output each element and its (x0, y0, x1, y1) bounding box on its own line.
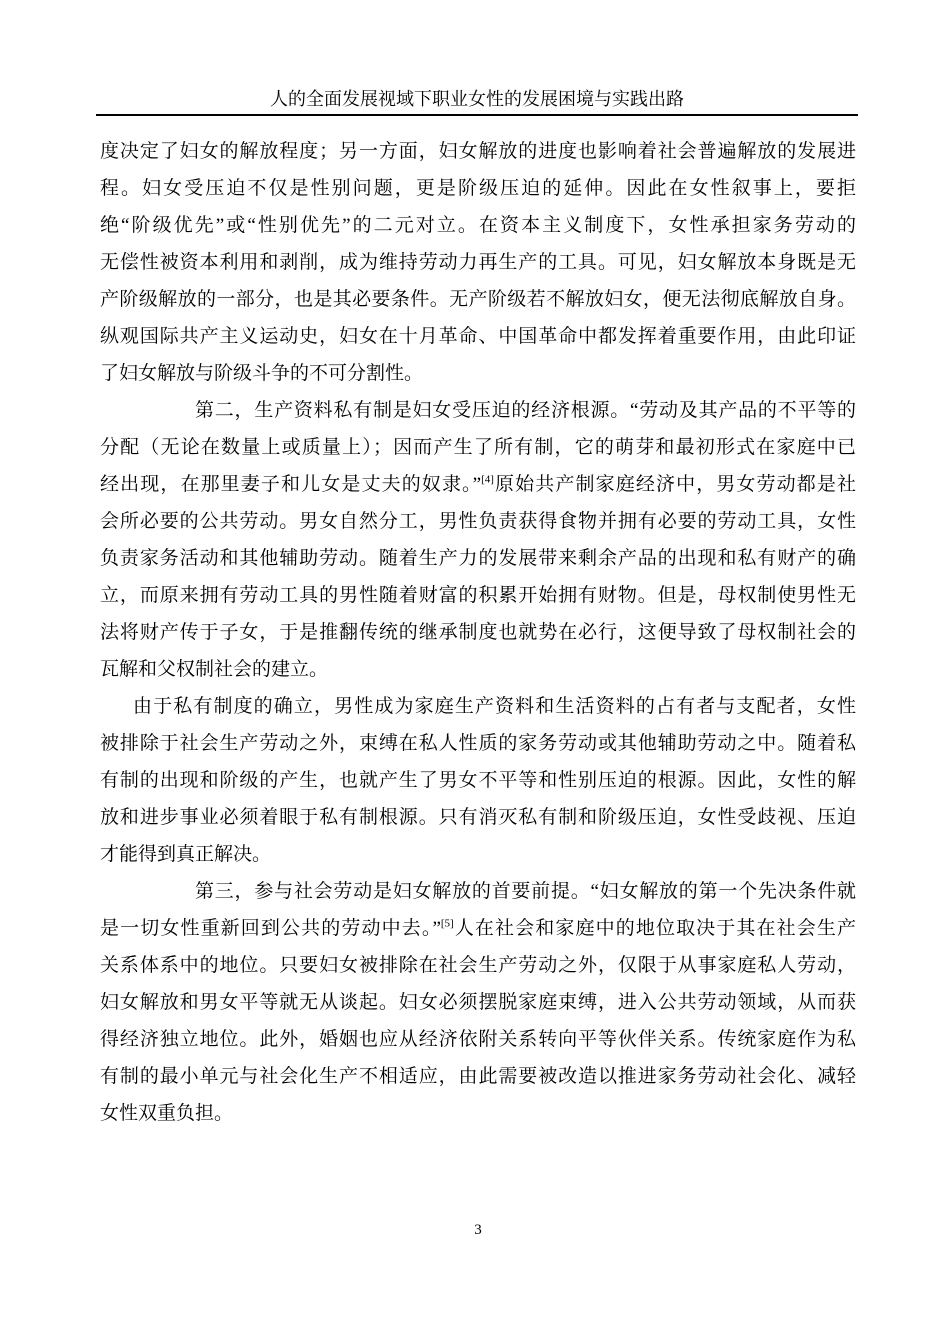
body-line: 分配（无论在数量上或质量上）；因而产生了所有制，它的萌芽和最初形式在家庭中已 (100, 429, 856, 466)
body-line: 有制的最小单元与社会化生产不相适应，由此需要被改造以推进家务劳动社会化、减轻 (100, 1058, 856, 1095)
body-line: 得经济独立地位。此外，婚姻也应从经济依附关系转向平等伙伴关系。传统家庭作为私 (100, 1021, 856, 1058)
paragraph: 度决定了妇女的解放程度；另一方面，妇女解放的进度也影响着社会普遍解放的发展进程。… (100, 133, 856, 392)
document-title: 人的全面发展视域下职业女性的发展困境与实践出路 (96, 89, 858, 109)
body-line: 负责家务活动和其他辅助劳动。随着生产力的发展带来剩余产品的出现和私有财产的确 (100, 540, 856, 577)
footnote-reference: [4] (481, 474, 494, 486)
body-line: 纵观国际共产主义运动史，妇女在十月革命、中国革命中都发挥着重要作用，由此印证 (100, 318, 856, 355)
body-line: 放和进步事业必须着眼于私有制根源。只有消灭私有制和阶级压迫，女性受歧视、压迫 (100, 799, 856, 836)
body-line: 了妇女解放与阶级斗争的不可分割性。 (100, 355, 856, 392)
body-line: 关系体系中的地位。只要妇女被排除在社会生产劳动之外，仅限于从事家庭私人劳动， (100, 947, 856, 984)
body-line: 无偿性被资本利用和剥削，成为维持劳动力再生产的工具。可见，妇女解放本身既是无 (100, 244, 856, 281)
body-line: 立，而原来拥有劳动工具的男性随着财富的积累开始拥有财物。但是，母权制使男性无 (100, 577, 856, 614)
document-page: 人的全面发展视域下职业女性的发展困境与实践出路 度决定了妇女的解放程度；另一方面… (0, 0, 950, 1344)
body-line: 才能得到真正解决。 (100, 836, 856, 873)
body-line: 绝“阶级优先”或“性别优先”的二元对立。在资本主义制度下，女性承担家务劳动的 (100, 207, 856, 244)
paragraph: 由于私有制度的确立，男性成为家庭生产资料和生活资料的占有者与支配者，女性被排除于… (100, 688, 856, 873)
footnote-reference: [5] (441, 918, 454, 930)
body-line: 第二，生产资料私有制是妇女受压迫的经济根源。“劳动及其产品的不平等的 (100, 392, 856, 429)
body-line: 经出现，在那里妻子和儿女是丈夫的奴隶。”[4]原始共产制家庭经济中，男女劳动都是… (100, 466, 856, 503)
body-line: 妇女解放和男女平等就无从谈起。妇女必须摆脱家庭束缚，进入公共劳动领域，从而获 (100, 984, 856, 1021)
body-line: 瓦解和父权制社会的建立。 (100, 651, 856, 688)
page-footer: 3 (100, 1222, 856, 1239)
body-line: 度决定了妇女的解放程度；另一方面，妇女解放的进度也影响着社会普遍解放的发展进 (100, 133, 856, 170)
body-line: 法将财产传于子女，于是推翻传统的继承制度也就势在必行，这便导致了母权制社会的 (100, 614, 856, 651)
page-number: 3 (474, 1222, 482, 1238)
body-line: 程。妇女受压迫不仅是性别问题，更是阶级压迫的延伸。因此在女性叙事上，要拒 (100, 170, 856, 207)
document-body: 度决定了妇女的解放程度；另一方面，妇女解放的进度也影响着社会普遍解放的发展进程。… (100, 133, 856, 1132)
body-line: 第三，参与社会劳动是妇女解放的首要前提。“妇女解放的第一个先决条件就 (100, 873, 856, 910)
body-line: 会所必要的公共劳动。男女自然分工，男性负责获得食物并拥有必要的劳动工具，女性 (100, 503, 856, 540)
body-line: 被排除于社会生产劳动之外，束缚在私人性质的家务劳动或其他辅助劳动之中。随着私 (100, 725, 856, 762)
body-line: 由于私有制度的确立，男性成为家庭生产资料和生活资料的占有者与支配者，女性 (100, 688, 856, 725)
paragraph: 第二，生产资料私有制是妇女受压迫的经济根源。“劳动及其产品的不平等的分配（无论在… (100, 392, 856, 688)
body-line: 女性双重负担。 (100, 1095, 856, 1132)
body-line: 产阶级解放的一部分，也是其必要条件。无产阶级若不解放妇女，便无法彻底解放自身。 (100, 281, 856, 318)
paragraph: 第三，参与社会劳动是妇女解放的首要前提。“妇女解放的第一个先决条件就是一切女性重… (100, 873, 856, 1132)
body-line: 是一切女性重新回到公共的劳动中去。”[5]人在社会和家庭中的地位取决于其在社会生… (100, 910, 856, 947)
page-header: 人的全面发展视域下职业女性的发展困境与实践出路 (96, 89, 858, 116)
body-line: 有制的出现和阶级的产生，也就产生了男女不平等和性别压迫的根源。因此，女性的解 (100, 762, 856, 799)
